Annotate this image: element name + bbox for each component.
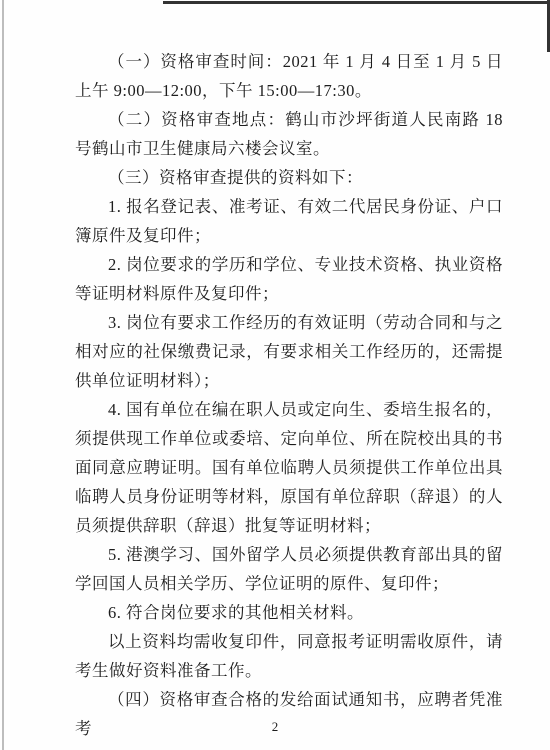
scan-edge-top [163,1,550,4]
paragraph-review-time: （一）资格审查时间：2021 年 1 月 4 日至 1 月 5 日上午 9:00… [75,47,503,105]
paragraph-item-1: 1. 报名登记表、准考证、有效二代居民身份证、户口簿原件及复印件； [75,192,503,250]
scan-edge-left [2,0,4,750]
page-number: 2 [0,719,550,735]
paragraph-copies-note: 以上资料均需收复印件，同意报考证明需收原件，请考生做好资料准备工作。 [75,627,503,685]
paragraph-item-2: 2. 岗位要求的学历和学位、专业技术资格、执业资格等证明材料原件及复印件； [75,250,503,308]
paragraph-review-location: （二）资格审查地点：鹤山市沙坪街道人民南路 18 号鹤山市卫生健康局六楼会议室。 [75,105,503,163]
scanned-document-page: （一）资格审查时间：2021 年 1 月 4 日至 1 月 5 日上午 9:00… [0,0,550,750]
paragraph-item-5: 5. 港澳学习、国外留学人员必须提供教育部出具的留学回国人员相关学历、学位证明的… [75,540,503,598]
paragraph-item-4: 4. 国有单位在编在职人员或定向生、委培生报名的，须提供现工作单位或委培、定向单… [75,395,503,540]
paragraph-item-3: 3. 岗位有要求工作经历的有效证明（劳动合同和与之相对应的社保缴费记录，有要求相… [75,308,503,395]
paragraph-item-6: 6. 符合岗位要求的其他相关材料。 [75,598,503,627]
document-body: （一）资格审查时间：2021 年 1 月 4 日至 1 月 5 日上午 9:00… [75,47,503,743]
paragraph-materials-heading: （三）资格审查提供的资料如下： [75,163,503,192]
